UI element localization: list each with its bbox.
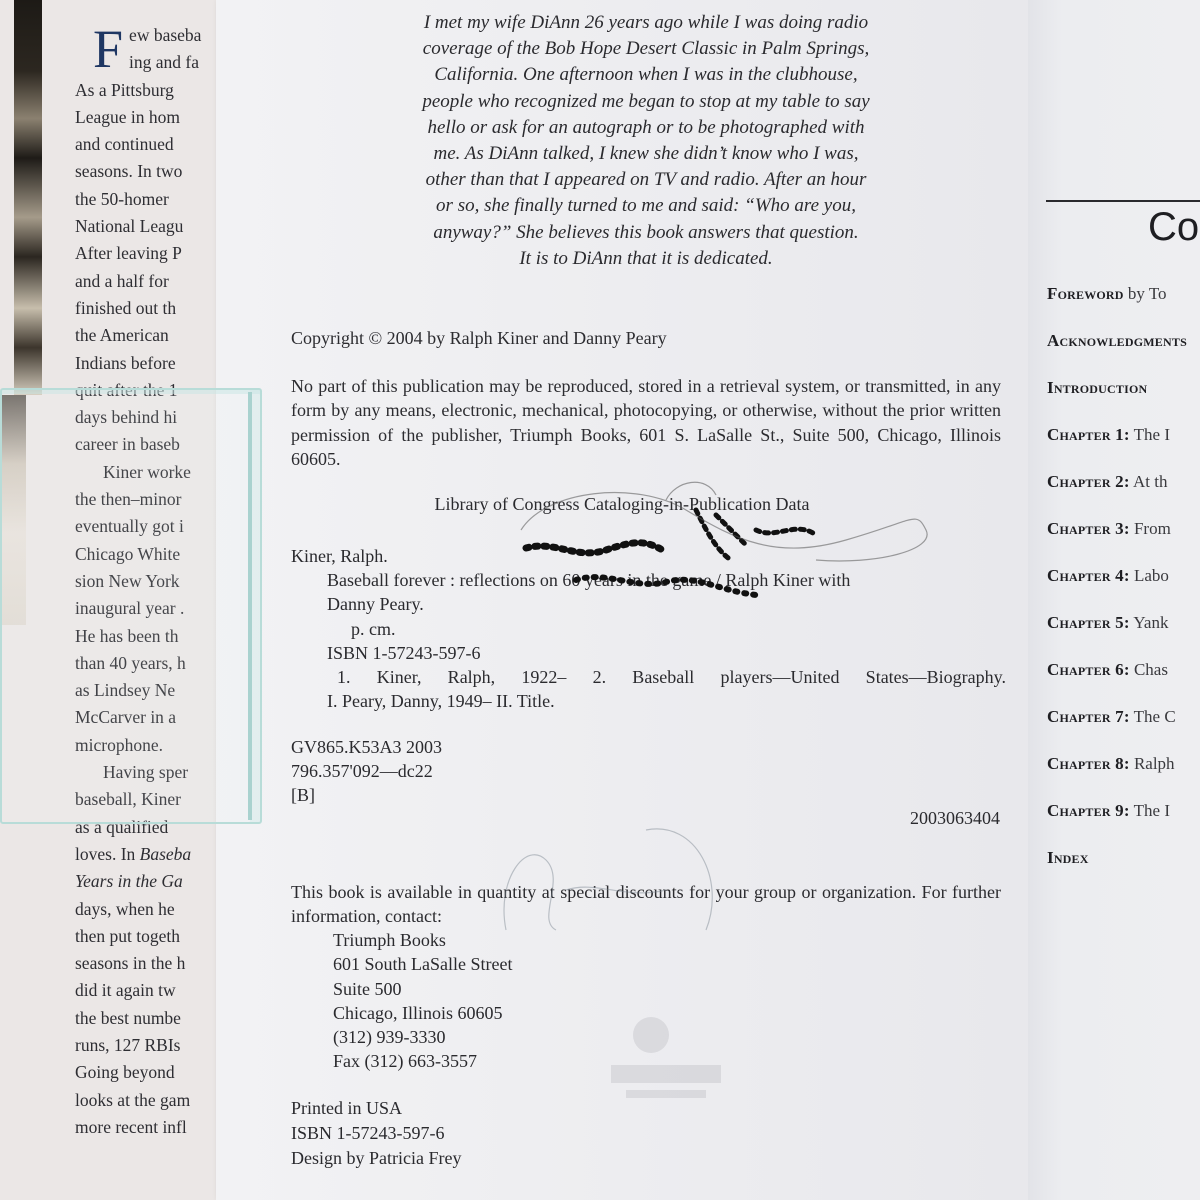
address-line: Suite 500 bbox=[333, 977, 512, 1001]
contents-item-label: Chapter 2: bbox=[1047, 472, 1130, 491]
jacket-flap-line: days, when he bbox=[75, 896, 216, 923]
glass-paperweight bbox=[0, 388, 262, 824]
jacket-flap-line: seasons. In two bbox=[75, 158, 216, 185]
availability-notice: This book is available in quantity at sp… bbox=[291, 880, 1001, 928]
contents-item: Introduction bbox=[1047, 374, 1187, 421]
dedication-line: or so, she finally turned to me and said… bbox=[356, 193, 936, 219]
contents-item: Foreword by To bbox=[1047, 280, 1187, 327]
jacket-flap-line: did it again tw bbox=[75, 977, 216, 1004]
contents-item: Chapter 4: Labo bbox=[1047, 562, 1187, 609]
printing-line: Design by Patricia Frey bbox=[291, 1146, 461, 1171]
dedication-line: I met my wife DiAnn 26 years ago while I… bbox=[356, 10, 936, 36]
printing-info: Printed in USAISBN 1-57243-597-6Design b… bbox=[291, 1096, 461, 1171]
jacket-flap-line: loves. In Baseba bbox=[75, 841, 216, 868]
contents-item-label: Acknowledgments bbox=[1047, 331, 1187, 350]
bio-code: [B] bbox=[291, 783, 442, 807]
dedication-line: people who recognized me began to stop a… bbox=[356, 89, 936, 115]
contents-item-label: Chapter 9: bbox=[1047, 801, 1130, 820]
jacket-flap-line: seasons in the h bbox=[75, 950, 216, 977]
cip-header: Library of Congress Cataloging-in-Public… bbox=[216, 494, 1028, 515]
cip-title-line2: Danny Peary. bbox=[291, 592, 1006, 616]
jacket-flap-line: looks at the gam bbox=[75, 1087, 216, 1114]
lccn-number: 2003063404 bbox=[910, 808, 1000, 829]
dedication-line: hello or ask for an autograph or to be p… bbox=[356, 115, 936, 141]
jacket-flap-line: runs, 127 RBIs bbox=[75, 1032, 216, 1059]
contents-item-label: Chapter 7: bbox=[1047, 707, 1130, 726]
contents-item: Chapter 5: Yank bbox=[1047, 609, 1187, 656]
jacket-flap-line: League in hom bbox=[75, 104, 216, 131]
jacket-flap-line: and continued bbox=[75, 131, 216, 158]
address-line: (312) 939-3330 bbox=[333, 1025, 512, 1049]
jacket-flap-line: National Leagu bbox=[75, 213, 216, 240]
contents-item-label: Chapter 1: bbox=[1047, 425, 1130, 444]
dedication-line: It is to DiAnn that it is dedicated. bbox=[356, 246, 936, 272]
contents-item-title: The C bbox=[1130, 707, 1176, 726]
copyright-page: I met my wife DiAnn 26 years ago while I… bbox=[216, 0, 1028, 1200]
jacket-flap-line: more recent infl bbox=[75, 1114, 216, 1141]
cip-pages: p. cm. bbox=[291, 617, 1006, 641]
contents-item-label: Foreword bbox=[1047, 284, 1124, 303]
dewey-number: 796.357'092—dc22 bbox=[291, 759, 442, 783]
contents-item-label: Introduction bbox=[1047, 378, 1147, 397]
cip-block: Kiner, Ralph. Baseball forever : reflect… bbox=[291, 544, 1006, 713]
contents-item-title: Yank bbox=[1130, 613, 1169, 632]
jacket-flap-line: the best numbe bbox=[75, 1005, 216, 1032]
publisher-logo-watermark-icon bbox=[596, 1010, 736, 1110]
printing-line: Printed in USA bbox=[291, 1096, 461, 1121]
contents-item: Chapter 9: The I bbox=[1047, 797, 1187, 844]
jacket-flap-line: Years in the Ga bbox=[75, 868, 216, 895]
dedication-line: California. One afternoon when I was in … bbox=[356, 62, 936, 88]
rights-statement: No part of this publication may be repro… bbox=[291, 374, 1001, 472]
jacket-flap-line: the American bbox=[75, 322, 216, 349]
contents-item: Acknowledgments bbox=[1047, 327, 1187, 374]
address-line: Triumph Books bbox=[333, 928, 512, 952]
contents-item-title: The I bbox=[1130, 425, 1170, 444]
jacket-flap-line: the 50-homer bbox=[75, 186, 216, 213]
address-line: Chicago, Illinois 60605 bbox=[333, 1001, 512, 1025]
copyright-line: Copyright © 2004 by Ralph Kiner and Dann… bbox=[291, 328, 667, 349]
address-line: Fax (312) 663-3557 bbox=[333, 1049, 512, 1073]
contents-item-title: Chas bbox=[1130, 660, 1168, 679]
contents-title: Contents bbox=[1148, 205, 1200, 250]
contents-item-label: Chapter 8: bbox=[1047, 754, 1130, 773]
contents-item-label: Chapter 4: bbox=[1047, 566, 1130, 585]
jacket-flap-line: Indians before bbox=[75, 350, 216, 377]
address-line: 601 South LaSalle Street bbox=[333, 952, 512, 976]
cip-author: Kiner, Ralph. bbox=[291, 544, 1006, 568]
contents-item-title: by To bbox=[1124, 284, 1167, 303]
jacket-flap-line: then put togeth bbox=[75, 923, 216, 950]
dedication-line: me. As DiAnn talked, I knew she didn’t k… bbox=[356, 141, 936, 167]
contents-item-title: From bbox=[1130, 519, 1171, 538]
contents-item: Chapter 8: Ralph bbox=[1047, 750, 1187, 797]
contents-item-title: Ralph bbox=[1130, 754, 1175, 773]
jacket-flap-line: finished out th bbox=[75, 295, 216, 322]
contents-item: Chapter 3: From bbox=[1047, 515, 1187, 562]
lc-call-number: GV865.K53A3 2003 bbox=[291, 735, 442, 759]
contents-item-title: The I bbox=[1130, 801, 1170, 820]
jacket-flap-line: and a half for bbox=[75, 268, 216, 295]
cip-title-line1: Baseball forever : reflections on 60 yea… bbox=[291, 568, 1006, 592]
contents-item: Chapter 2: At th bbox=[1047, 468, 1187, 515]
dedication-line: coverage of the Bob Hope Desert Classic … bbox=[356, 36, 936, 62]
contents-item: Chapter 6: Chas bbox=[1047, 656, 1187, 703]
dedication-line: anyway?” She believes this book answers … bbox=[356, 220, 936, 246]
contents-page: Contents Foreword by ToAcknowledgmentsIn… bbox=[1028, 0, 1200, 1200]
glass-paperweight-edge bbox=[248, 392, 252, 820]
dedication-line: other than that I appeared on TV and rad… bbox=[356, 167, 936, 193]
jacket-flap-line: As a Pittsburg bbox=[75, 77, 216, 104]
contents-item: Chapter 7: The C bbox=[1047, 703, 1187, 750]
jacket-flap-line: After leaving P bbox=[75, 240, 216, 267]
contents-item: Index bbox=[1047, 844, 1187, 891]
classification-block: GV865.K53A3 2003 796.357'092—dc22 [B] bbox=[291, 735, 442, 807]
drop-cap: F bbox=[93, 26, 123, 72]
publisher-address: Triumph Books601 South LaSalle StreetSui… bbox=[333, 928, 512, 1074]
contents-item-label: Index bbox=[1047, 848, 1089, 867]
contents-item: Chapter 1: The I bbox=[1047, 421, 1187, 468]
printing-line: ISBN 1-57243-597-6 bbox=[291, 1121, 461, 1146]
jacket-photo-strip bbox=[14, 0, 42, 395]
contents-item-label: Chapter 5: bbox=[1047, 613, 1130, 632]
cip-subjects-line1: 1. Kiner, Ralph, 1922– 2. Baseball playe… bbox=[291, 665, 1006, 689]
jacket-flap-line: Going beyond bbox=[75, 1059, 216, 1086]
contents-list: Foreword by ToAcknowledgmentsIntroductio… bbox=[1047, 280, 1187, 891]
contents-item-title: At th bbox=[1130, 472, 1168, 491]
contents-item-label: Chapter 3: bbox=[1047, 519, 1130, 538]
cip-isbn: ISBN 1-57243-597-6 bbox=[291, 641, 1006, 665]
contents-item-label: Chapter 6: bbox=[1047, 660, 1130, 679]
cip-subjects-line2: I. Peary, Danny, 1949– II. Title. bbox=[291, 689, 1006, 713]
contents-rule bbox=[1046, 200, 1200, 202]
dedication-text: I met my wife DiAnn 26 years ago while I… bbox=[356, 10, 936, 272]
contents-item-title: Labo bbox=[1130, 566, 1169, 585]
